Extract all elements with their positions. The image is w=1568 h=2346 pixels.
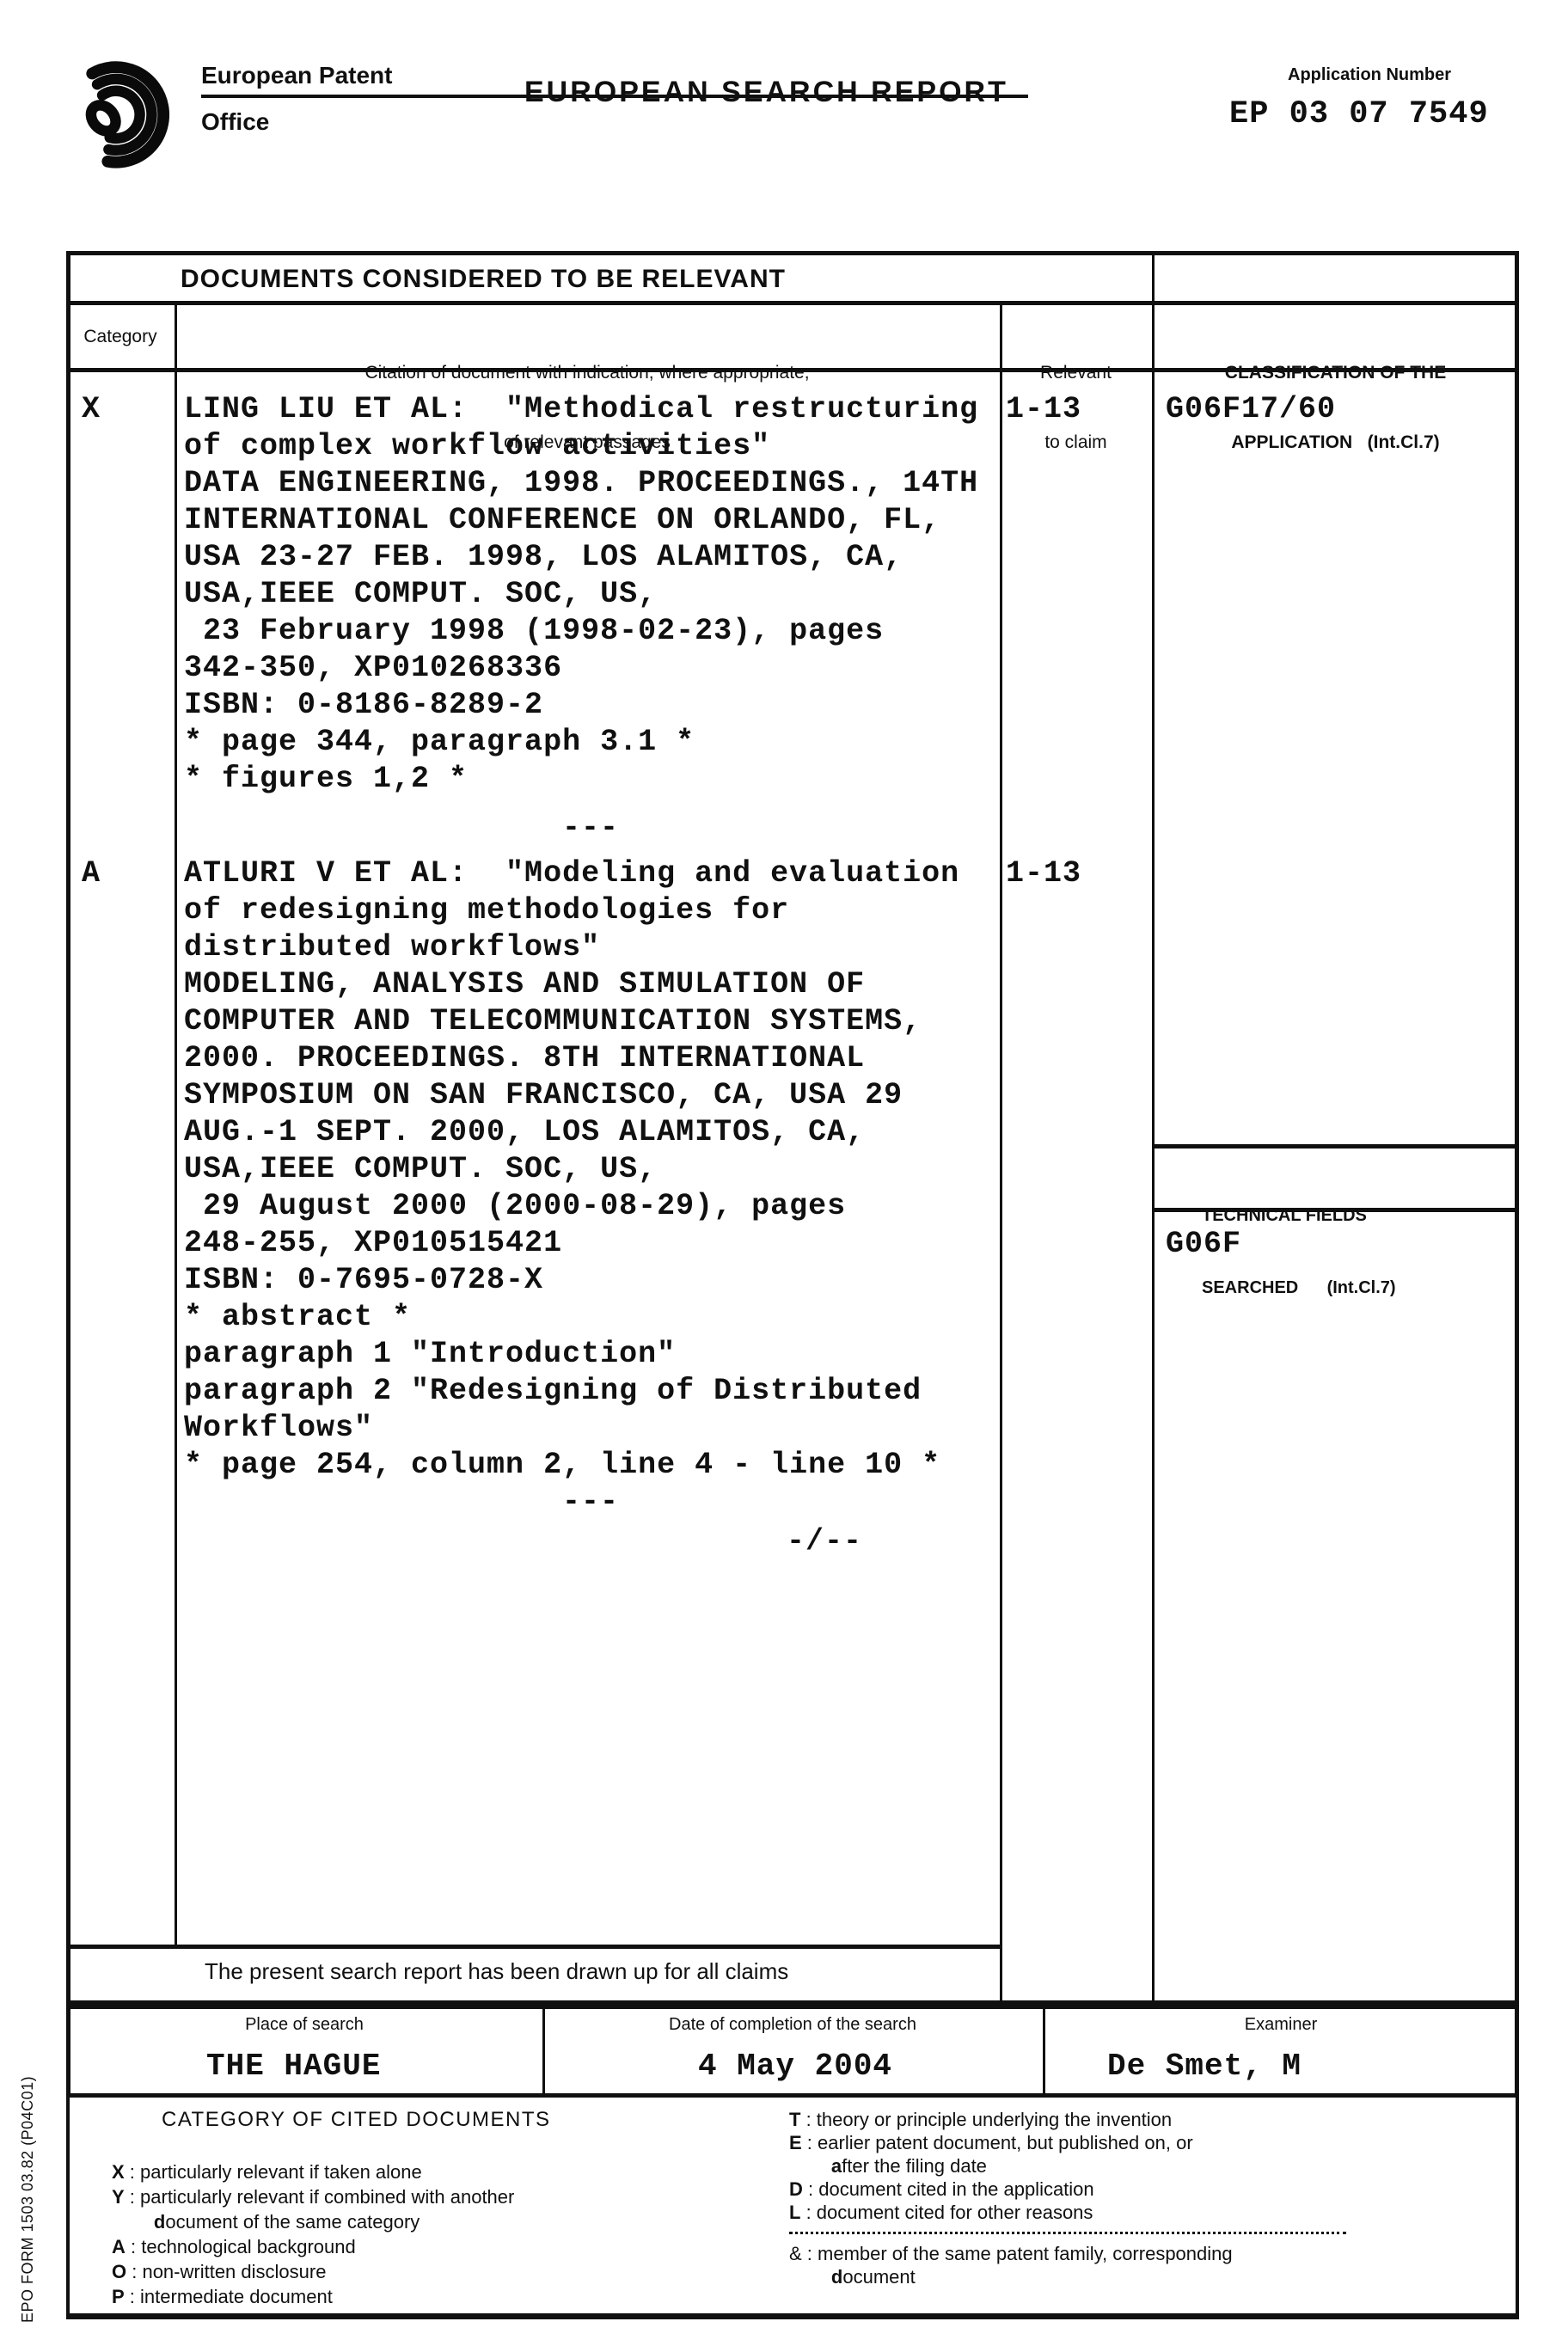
divider-citation-relevant — [1000, 301, 1002, 2005]
legend-right-column: T : theory or principle underlying the i… — [789, 2108, 1193, 2224]
epo-logo-icon — [50, 33, 170, 163]
form-id-vertical-label: EPO FORM 1503 03.82 (P04C01) — [19, 2076, 37, 2323]
entry-a-category: A — [82, 855, 101, 892]
org-name-line1: European Patent — [201, 62, 392, 89]
continuation-mark: -/-- — [787, 1523, 862, 1560]
relevant-header-line2: to claim — [1000, 431, 1152, 454]
entry-separator-dashes: --- — [184, 1484, 997, 1521]
application-number-value: EP 03 07 7549 — [1229, 96, 1489, 133]
classification-header-line1: CLASSIFICATION OF THE — [1152, 361, 1519, 384]
technical-fields-value: G06F — [1166, 1226, 1241, 1263]
report-title: EUROPEAN SEARCH REPORT — [524, 76, 1008, 109]
citation-header-line1: Citation of document with indication, wh… — [175, 361, 1000, 384]
technical-fields-box-top-border — [1152, 1144, 1519, 1148]
date-of-completion-value: 4 May 2004 — [698, 2048, 892, 2085]
drawn-up-note: The present search report has been drawn… — [205, 1958, 788, 1985]
entry-separator-dashes: --- — [184, 810, 997, 847]
entry-a-relevant-claims: 1-13 — [1006, 855, 1081, 892]
table-title: DOCUMENTS CONSIDERED TO BE RELEVANT — [181, 265, 786, 294]
examiner-label: Examiner — [1043, 2015, 1519, 2035]
examiner-value: De Smet, M — [1107, 2048, 1302, 2085]
search-report-page: European Patent Office EUROPEAN SEARCH R… — [0, 0, 1568, 2346]
legend-left-column: X : particularly relevant if taken alone… — [112, 2159, 514, 2309]
relevant-header-line1: Relevant — [1000, 361, 1152, 384]
application-number-label: Application Number — [1288, 65, 1451, 85]
entry-x-classification: G06F17/60 — [1166, 391, 1336, 428]
org-name-line2: Office — [201, 108, 269, 136]
classification-header-line2: APPLICATION (Int.Cl.7) — [1152, 431, 1519, 454]
legend-dotted-separator — [789, 2232, 1346, 2234]
drawn-up-row-top-border — [66, 1945, 1002, 1949]
entry-x-relevant-claims: 1-13 — [1006, 391, 1081, 428]
column-header-category: Category — [66, 325, 175, 348]
divider-category-citation — [175, 301, 177, 1945]
entry-x-citation-lines: LING LIU ET AL: "Methodical restructurin… — [184, 391, 997, 798]
place-of-search-value: THE HAGUE — [206, 2048, 381, 2085]
date-of-completion-label: Date of completion of the search — [542, 2015, 1043, 2035]
place-of-search-label: Place of search — [66, 2015, 542, 2035]
technical-fields-label-line1: TECHNICAL FIELDS — [1202, 1204, 1396, 1228]
entry-x-category: X — [82, 391, 101, 428]
legend-title: CATEGORY OF CITED DOCUMENTS — [162, 2108, 551, 2132]
legend-right-bottom: & : member of the same patent family, co… — [789, 2242, 1233, 2288]
technical-fields-label-line2: SEARCHED (Int.Cl.7) — [1202, 1276, 1396, 1300]
entry-a-citation-lines: ATLURI V ET AL: "Modeling and evaluation… — [184, 855, 997, 1484]
header-rule-line — [201, 95, 1028, 98]
divider-relevant-classification — [1152, 251, 1155, 2005]
table-line-below-title — [66, 301, 1519, 305]
